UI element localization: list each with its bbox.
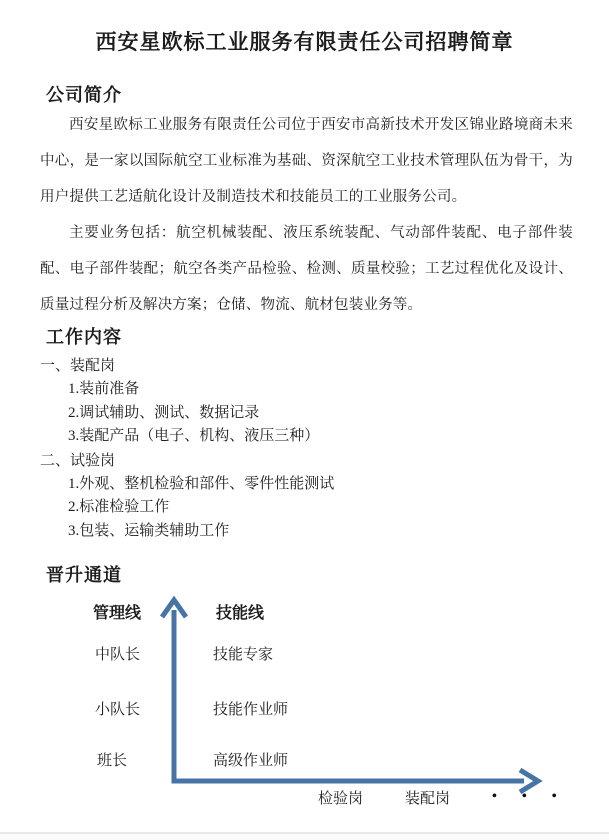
management-line-label: 管理线	[93, 606, 141, 622]
x-axis-label: 装配岗	[405, 791, 450, 807]
page-title: 西安星欧标工业服务有限责任公司招聘简章	[18, 30, 591, 56]
skill-rank-label: 技能专家	[213, 647, 273, 663]
skill-line-label: 技能线	[216, 606, 264, 622]
job-item: 1.装前准备	[68, 378, 609, 402]
job-item: 1.外观、整机检验和部件、零件性能测试	[68, 473, 609, 497]
page-bottom-edge	[0, 832, 609, 840]
job-item: 3.包装、运输类辅助工作	[68, 520, 609, 544]
job-item: 2.标准检验工作	[68, 496, 609, 520]
skill-rank-label: 高级作业师	[213, 753, 288, 769]
x-axis-label: 检验岗	[318, 791, 363, 807]
job-content-list: 一、装配岗 1.装前准备 2.调试辅助、测试、数据记录 3.装配产品（电子、机构…	[0, 354, 609, 543]
job-group-title: 一、装配岗	[40, 354, 609, 378]
management-rank-label: 班长	[97, 753, 127, 769]
management-rank-label: 小队长	[95, 702, 140, 718]
company-intro-body: 西安星欧标工业服务有限责任公司位于西安市高新技术开发区锦业路境商未来中心，是一家…	[40, 107, 573, 323]
section-heading-company-intro: 公司简介	[46, 83, 609, 107]
skill-rank-label: 技能作业师	[213, 702, 288, 718]
job-group-title: 二、试验岗	[40, 449, 609, 473]
management-rank-label: 中队长	[95, 647, 140, 663]
job-item: 2.调试辅助、测试、数据记录	[68, 402, 609, 426]
intro-paragraph: 主要业务包括：航空机械装配、液压系统装配、气动部件装配、电子部件装配、电子部件装…	[40, 215, 573, 323]
section-heading-job-content: 工作内容	[46, 325, 609, 349]
job-item: 3.装配产品（电子、机构、液压三种）	[68, 425, 609, 449]
promotion-path-diagram: 管理线 技能线 中队长 技能专家 小队长 技能作业师 班长 高级作业师 检验岗 …	[0, 592, 609, 832]
section-heading-promotion: 晋升通道	[46, 563, 609, 587]
intro-paragraph: 西安星欧标工业服务有限责任公司位于西安市高新技术开发区锦业路境商未来中心，是一家…	[40, 107, 573, 215]
document-page: 西安星欧标工业服务有限责任公司招聘简章 公司简介 西安星欧标工业服务有限责任公司…	[0, 0, 609, 840]
ellipsis-dots: • • •	[492, 789, 566, 805]
